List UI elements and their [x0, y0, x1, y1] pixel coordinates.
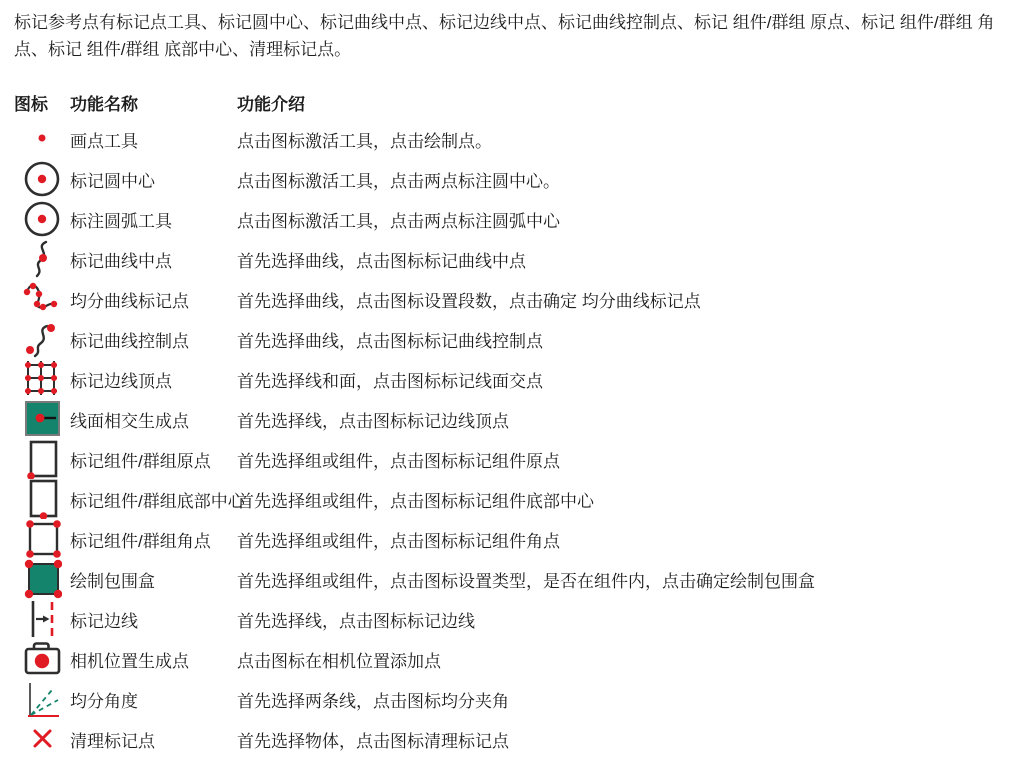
- mark-arc-center-icon: [14, 199, 70, 239]
- divide-curve-points-icon: [14, 279, 70, 319]
- table-row: 相机位置生成点 点击图标在相机位置添加点: [14, 639, 1000, 679]
- component-corners-icon: [14, 519, 70, 559]
- function-description: 首先选择组或组件，点击图标标记组件角点: [237, 527, 1000, 552]
- mark-edge-icon: [14, 599, 70, 639]
- function-description: 首先选择组或组件，点击图标标记组件原点: [237, 447, 1000, 472]
- table-row: 标记组件/群组底部中心 首先选择组或组件，点击图标标记组件底部中心: [14, 479, 1000, 519]
- function-name: 标记圆中心: [70, 167, 237, 192]
- table-row: 标注圆弧工具 点击图标激活工具，点击两点标注圆弧中心: [14, 199, 1000, 239]
- function-name: 绘制包围盒: [70, 567, 237, 592]
- table-row: 标记组件/群组角点 首先选择组或组件，点击图标标记组件角点: [14, 519, 1000, 559]
- header-description: 功能介绍: [237, 90, 1000, 115]
- function-name: 清理标记点: [70, 727, 237, 752]
- table-row: 清理标记点 首先选择物体，点击图标清理标记点: [14, 719, 1000, 759]
- function-name: 相机位置生成点: [70, 647, 237, 672]
- function-description: 首先选择两条线，点击图标均分夹角: [237, 687, 1000, 712]
- table-row: 标记曲线中点 首先选择曲线，点击图标标记曲线中点: [14, 239, 1000, 279]
- line-face-intersection-icon: [14, 399, 70, 439]
- function-description: 点击图标在相机位置添加点: [237, 647, 1000, 672]
- function-name: 画点工具: [70, 127, 237, 152]
- table-row: 画点工具 点击图标激活工具，点击绘制点。: [14, 119, 1000, 159]
- function-name: 均分角度: [70, 687, 237, 712]
- function-name: 均分曲线标记点: [70, 287, 237, 312]
- function-name: 标注圆弧工具: [70, 207, 237, 232]
- function-name: 标记曲线中点: [70, 247, 237, 272]
- table-row: 标记圆中心 点击图标激活工具，点击两点标注圆中心。: [14, 159, 1000, 199]
- function-description: 首先选择曲线，点击图标设置段数，点击确定 均分曲线标记点: [237, 287, 1000, 312]
- table-row: 标记组件/群组原点 首先选择组或组件，点击图标标记组件原点: [14, 439, 1000, 479]
- header-name: 功能名称: [70, 90, 237, 115]
- table-row: 标记边线顶点 首先选择线和面，点击图标标记线面交点: [14, 359, 1000, 399]
- component-origin-icon: [14, 439, 70, 479]
- divide-angle-icon: [14, 679, 70, 719]
- function-description: 点击图标激活工具，点击绘制点。: [237, 127, 1000, 152]
- table-row: 均分角度 首先选择两条线，点击图标均分夹角: [14, 679, 1000, 719]
- function-description: 点击图标激活工具，点击两点标注圆中心。: [237, 167, 1000, 192]
- function-description: 首先选择线和面，点击图标标记线面交点: [237, 367, 1000, 392]
- table-row: 线面相交生成点 首先选择线，点击图标标记边线顶点: [14, 399, 1000, 439]
- function-description: 首先选择组或组件，点击图标标记组件底部中心: [237, 487, 1000, 512]
- function-name: 标记曲线控制点: [70, 327, 237, 352]
- table-row: 标记曲线控制点 首先选择曲线，点击图标标记曲线控制点: [14, 319, 1000, 359]
- curve-control-points-icon: [14, 319, 70, 359]
- function-name: 线面相交生成点: [70, 407, 237, 432]
- function-description: 首先选择物体，点击图标清理标记点: [237, 727, 1000, 752]
- function-name: 标记组件/群组角点: [70, 527, 237, 552]
- function-description: 首先选择曲线，点击图标标记曲线中点: [237, 247, 1000, 272]
- table-row: 绘制包围盒 首先选择组或组件，点击图标设置类型，是否在组件内，点击确定绘制包围盒: [14, 559, 1000, 599]
- camera-position-point-icon: [14, 639, 70, 679]
- function-name: 标记边线: [70, 607, 237, 632]
- function-description: 首先选择线，点击图标标记边线: [237, 607, 1000, 632]
- bounding-box-icon: [14, 559, 70, 599]
- mark-circle-center-icon: [14, 159, 70, 199]
- function-description: 首先选择曲线，点击图标标记曲线控制点: [237, 327, 1000, 352]
- doc-page: 标记参考点有标记点工具、标记圆中心、标记曲线中点、标记边线中点、标记曲线控制点、…: [0, 0, 1014, 759]
- table-row: 标记边线 首先选择线，点击图标标记边线: [14, 599, 1000, 639]
- function-description: 首先选择组或组件，点击图标设置类型，是否在组件内，点击确定绘制包围盒: [237, 567, 1000, 592]
- header-icon: 图标: [14, 90, 70, 115]
- component-bottom-center-icon: [14, 479, 70, 519]
- function-description: 首先选择线，点击图标标记边线顶点: [237, 407, 1000, 432]
- curve-midpoint-icon: [14, 239, 70, 279]
- function-name: 标记边线顶点: [70, 367, 237, 392]
- intro-paragraph: 标记参考点有标记点工具、标记圆中心、标记曲线中点、标记边线中点、标记曲线控制点、…: [14, 9, 1000, 63]
- draw-point-icon: [14, 119, 70, 159]
- function-table: 图标 功能名称 功能介绍 画点工具 点击图标激活工具，点击绘制点。 标记圆中心 …: [14, 85, 1000, 759]
- clean-marked-points-icon: [14, 719, 70, 759]
- function-description: 点击图标激活工具，点击两点标注圆弧中心: [237, 207, 1000, 232]
- function-name: 标记组件/群组底部中心: [70, 487, 237, 512]
- function-name: 标记组件/群组原点: [70, 447, 237, 472]
- table-row: 均分曲线标记点 首先选择曲线，点击图标设置段数，点击确定 均分曲线标记点: [14, 279, 1000, 319]
- table-header: 图标 功能名称 功能介绍: [14, 85, 1000, 119]
- edge-vertices-grid-icon: [14, 359, 70, 399]
